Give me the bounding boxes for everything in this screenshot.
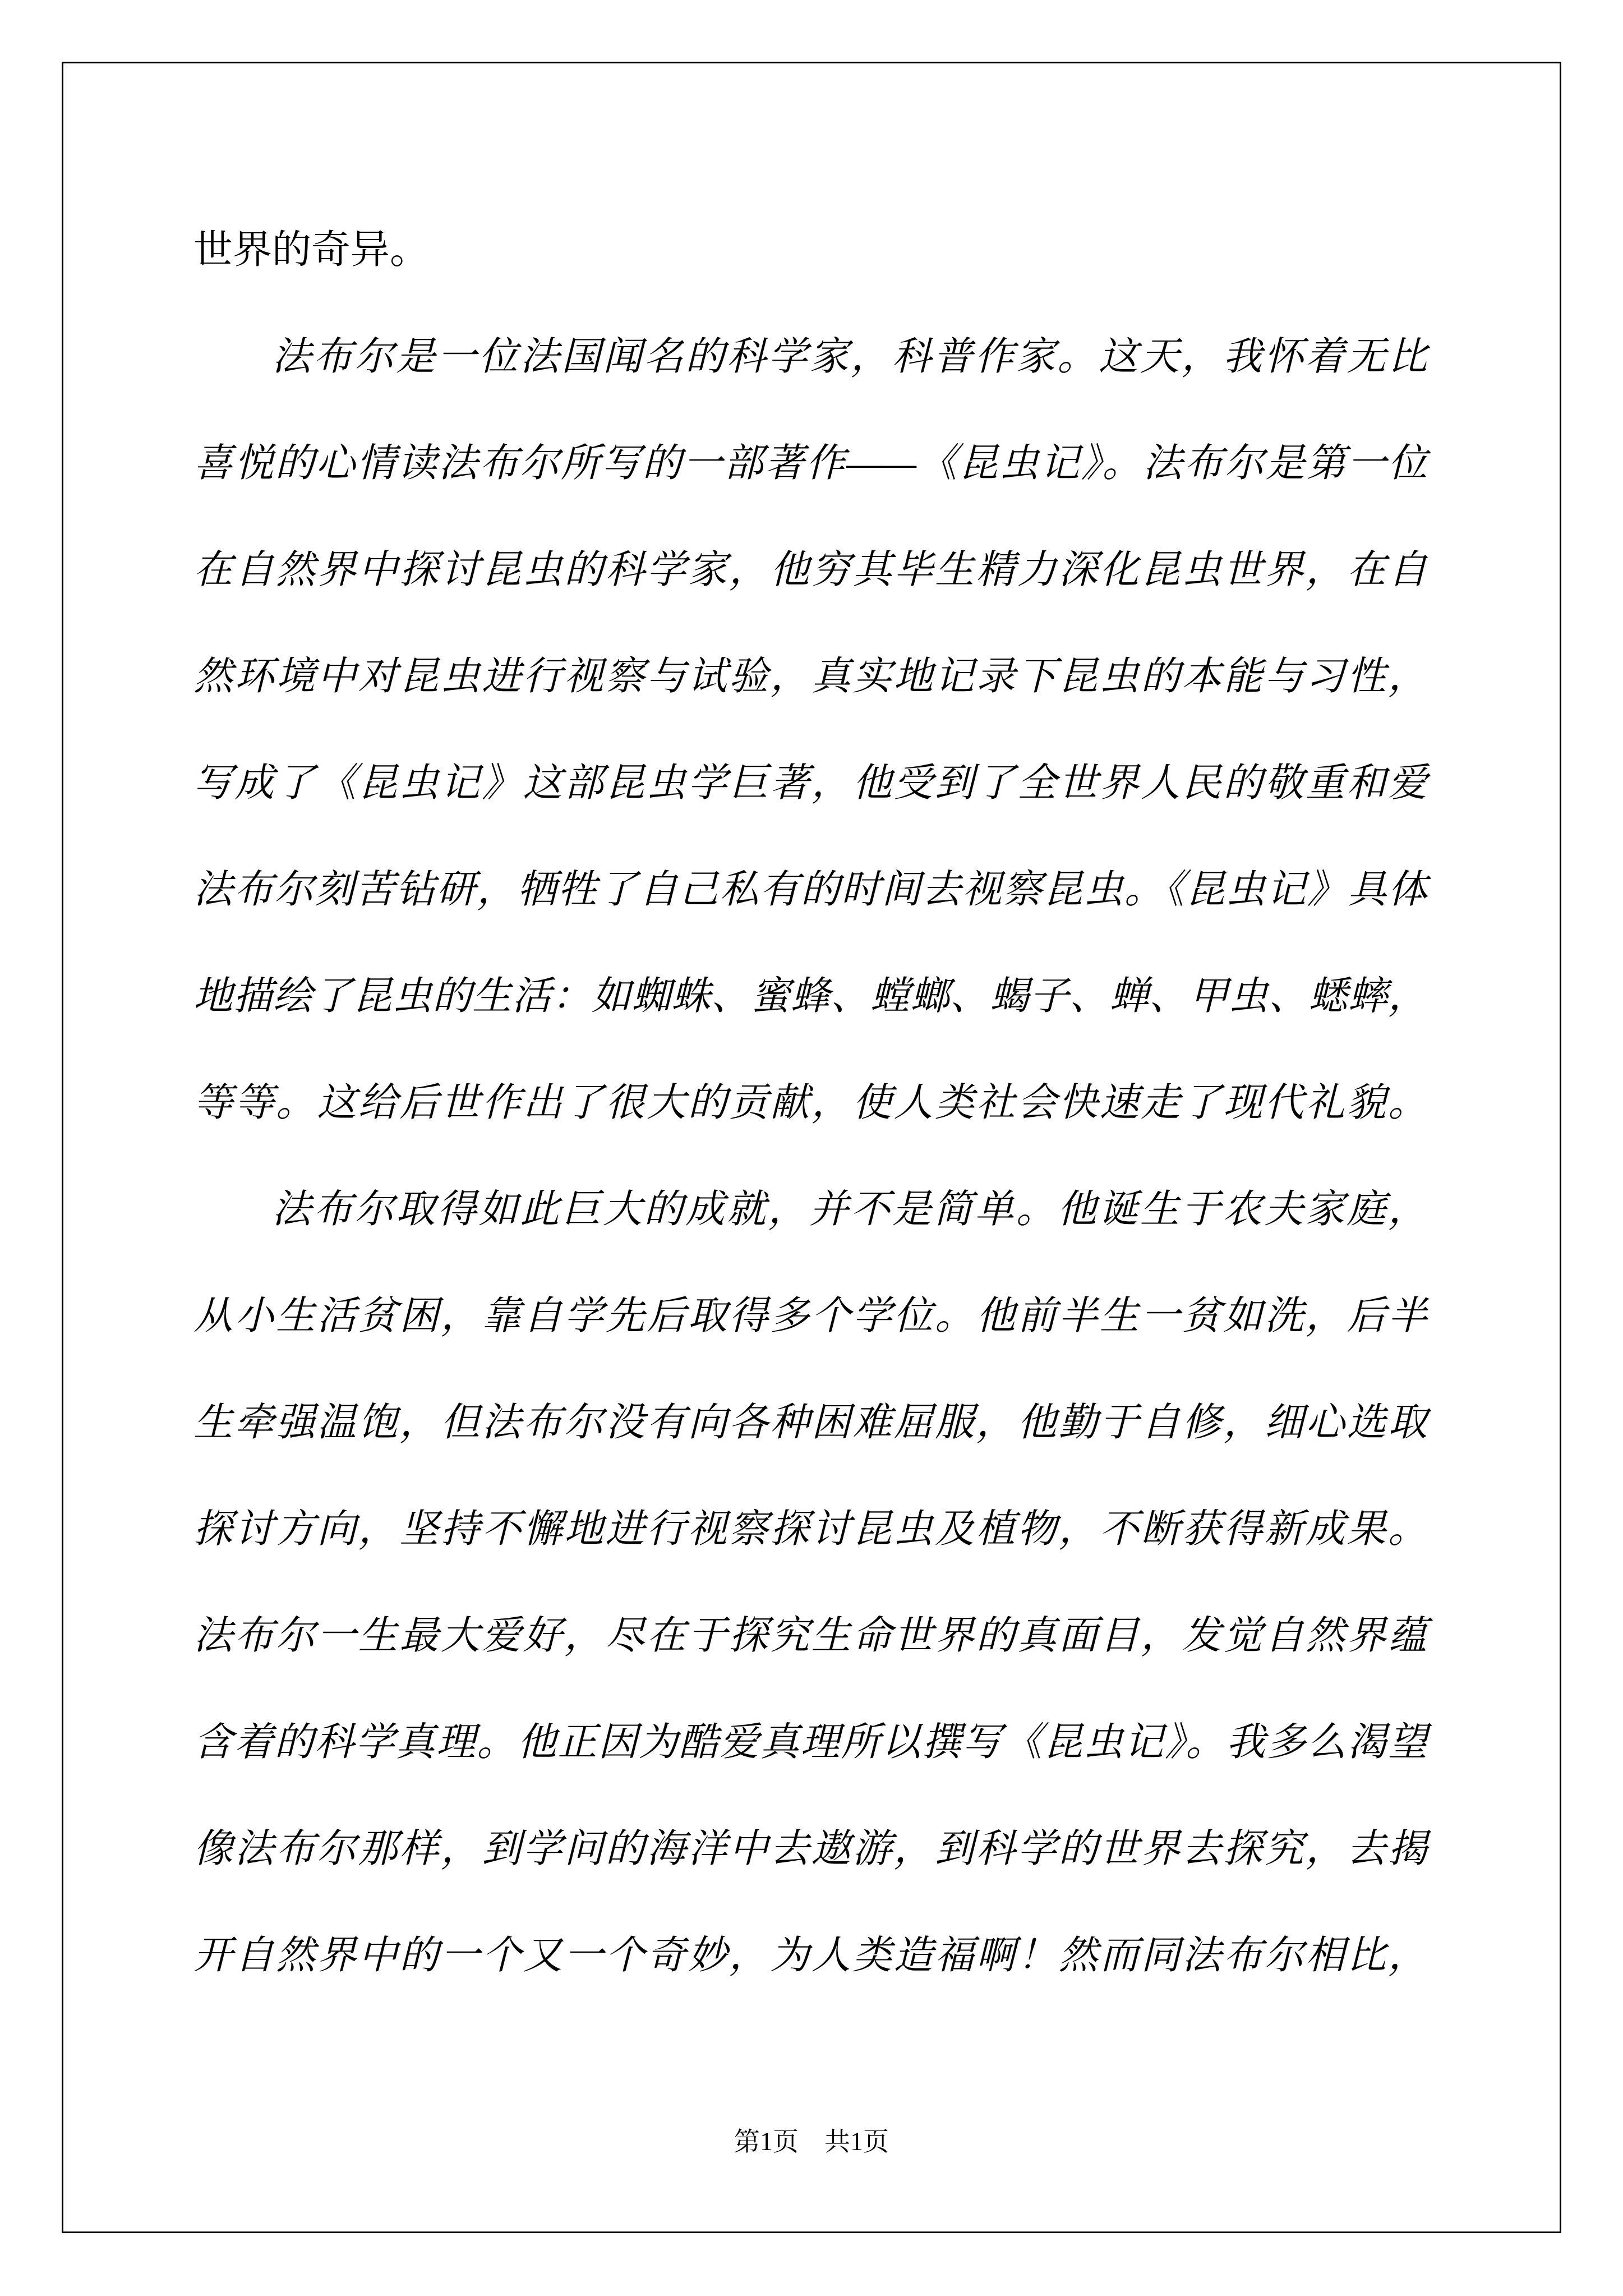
text-line: 法布尔一生最大爱好，尽在于探究生命世界的真面目，发觉自然界蕴 (193, 1583, 1427, 1690)
text-line: 生牵强温饱，但法布尔没有向各种困难屈服，他勤于自修，细心选取 (193, 1370, 1427, 1476)
text-line: 探讨方向，坚持不懈地进行视察探讨昆虫及植物，不断获得新成果。 (193, 1476, 1427, 1583)
document-page: 世界的奇异。法布尔是一位法国闻名的科学家，科普作家。这天，我怀着无比喜悦的心情读… (0, 0, 1623, 2296)
page-footer: 第1页共1页 (0, 2124, 1623, 2160)
text-line: 然环境中对昆虫进行视察与试验，真实地记录下昆虫的本能与习性， (193, 624, 1427, 730)
text-line: 在自然界中探讨昆虫的科学家，他穷其毕生精力深化昆虫世界，在自 (193, 517, 1427, 624)
text-line: 写成了《昆虫记》这部昆虫学巨著，他受到了全世界人民的敬重和爱 (193, 730, 1427, 837)
text-line: 像法布尔那样，到学问的海洋中去遨游，到科学的世界去探究，去揭 (193, 1796, 1427, 1903)
text-line: 法布尔是一位法国闻名的科学家，科普作家。这天，我怀着无比 (193, 304, 1427, 411)
text-line: 开自然界中的一个又一个奇妙，为人类造福啊！然而同法布尔相比， (193, 1903, 1427, 2009)
page-total-label: 共1页 (824, 2127, 889, 2156)
text-line: 从小生活贫困，靠自学先后取得多个学位。他前半生一贫如洗，后半 (193, 1263, 1427, 1370)
text-line: 法布尔取得如此巨大的成就，并不是简单。他诞生于农夫家庭， (193, 1157, 1427, 1263)
text-line: 等等。这给后世作出了很大的贡献，使人类社会快速走了现代礼貌。 (193, 1050, 1427, 1157)
text-line: 含着的科学真理。他正因为酷爱真理所以撰写《昆虫记》。我多么渴望 (193, 1690, 1427, 1796)
page-number-label: 第1页 (734, 2127, 799, 2156)
text-content: 世界的奇异。法布尔是一位法国闻名的科学家，科普作家。这天，我怀着无比喜悦的心情读… (193, 197, 1427, 2009)
text-line: 地描绘了昆虫的生活：如蜘蛛、蜜蜂、螳螂、蝎子、蝉、甲虫、蟋蟀， (193, 944, 1427, 1050)
text-line: 法布尔刻苦钻研，牺牲了自己私有的时间去视察昆虫。《昆虫记》具体 (193, 837, 1427, 944)
text-line: 喜悦的心情读法布尔所写的一部著作——《昆虫记》。法布尔是第一位 (193, 411, 1427, 517)
text-line: 世界的奇异。 (193, 197, 1427, 304)
